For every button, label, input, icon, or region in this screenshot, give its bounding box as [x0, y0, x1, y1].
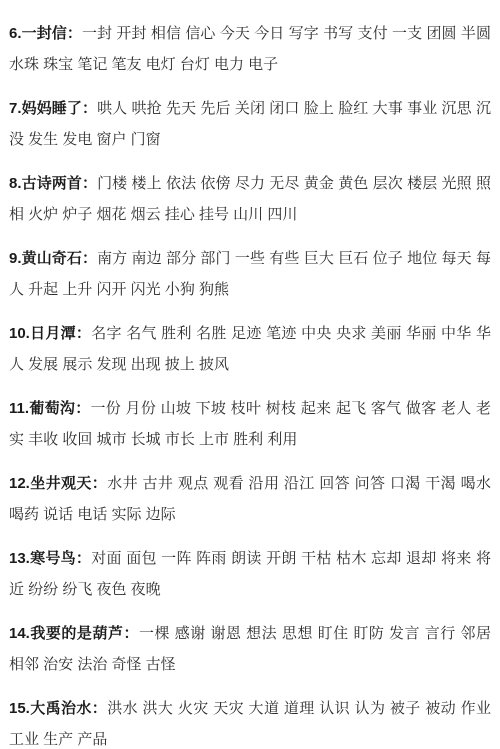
lesson-paragraph: 13.寒号鸟：对面 面包 一阵 阵雨 朗读 开朗 干枯 枯木 忘却 退却 将来 …: [9, 543, 491, 605]
lesson-paragraph: 7.妈妈睡了：哄人 哄抢 先天 先后 关闭 闭口 脸上 脸红 大事 事业 沉思 …: [9, 93, 491, 155]
lesson-words: 一封 开封 相信 信心 今天 今日 写字 书写 支付 一支 团圆 半圆 水珠 珠…: [9, 25, 491, 73]
lesson-paragraph: 8.古诗两首：门楼 楼上 依法 依傍 尽力 无尽 黄金 黄色 层次 楼层 光照 …: [9, 168, 491, 230]
lesson-title: 7.妈妈睡了：: [9, 100, 97, 117]
lesson-paragraph: 11.葡萄沟：一份 月份 山坡 下坡 枝叶 树枝 起来 起飞 客气 做客 老人 …: [9, 393, 491, 455]
lesson-title: 8.古诗两首：: [9, 175, 97, 192]
lesson-title: 11.葡萄沟：: [9, 400, 91, 417]
lesson-paragraph: 9.黄山奇石：南方 南边 部分 部门 一些 有些 巨大 巨石 位子 地位 每天 …: [9, 243, 491, 305]
lesson-paragraph: 15.大禹治水：洪水 洪大 火灾 天灾 大道 道理 认识 认为 被子 被动 作业…: [9, 693, 491, 749]
lesson-title: 10.日月潭：: [9, 325, 91, 342]
lesson-title: 12.坐井观天：: [9, 475, 107, 492]
lesson-list: 6.一封信：一封 开封 相信 信心 今天 今日 写字 书写 支付 一支 团圆 半…: [9, 18, 491, 749]
lesson-title: 6.一封信：: [9, 25, 82, 42]
lesson-paragraph: 10.日月潭：名字 名气 胜利 名胜 足迹 笔迹 中央 央求 美丽 华丽 中华 …: [9, 318, 491, 380]
lesson-title: 13.寒号鸟：: [9, 550, 91, 567]
lesson-paragraph: 6.一封信：一封 开封 相信 信心 今天 今日 写字 书写 支付 一支 团圆 半…: [9, 18, 491, 80]
word-list-page: 6.一封信：一封 开封 相信 信心 今天 今日 写字 书写 支付 一支 团圆 半…: [9, 18, 491, 749]
lesson-title: 9.黄山奇石：: [9, 250, 97, 267]
lesson-paragraph: 12.坐井观天：水井 古井 观点 观看 沿用 沿江 回答 问答 口渴 干渴 喝水…: [9, 468, 491, 530]
lesson-title: 14.我要的是葫芦：: [9, 625, 139, 642]
lesson-title: 15.大禹治水：: [9, 700, 107, 717]
lesson-paragraph: 14.我要的是葫芦：一棵 感谢 谢恩 想法 思想 盯住 盯防 发言 言行 邻居 …: [9, 618, 491, 680]
